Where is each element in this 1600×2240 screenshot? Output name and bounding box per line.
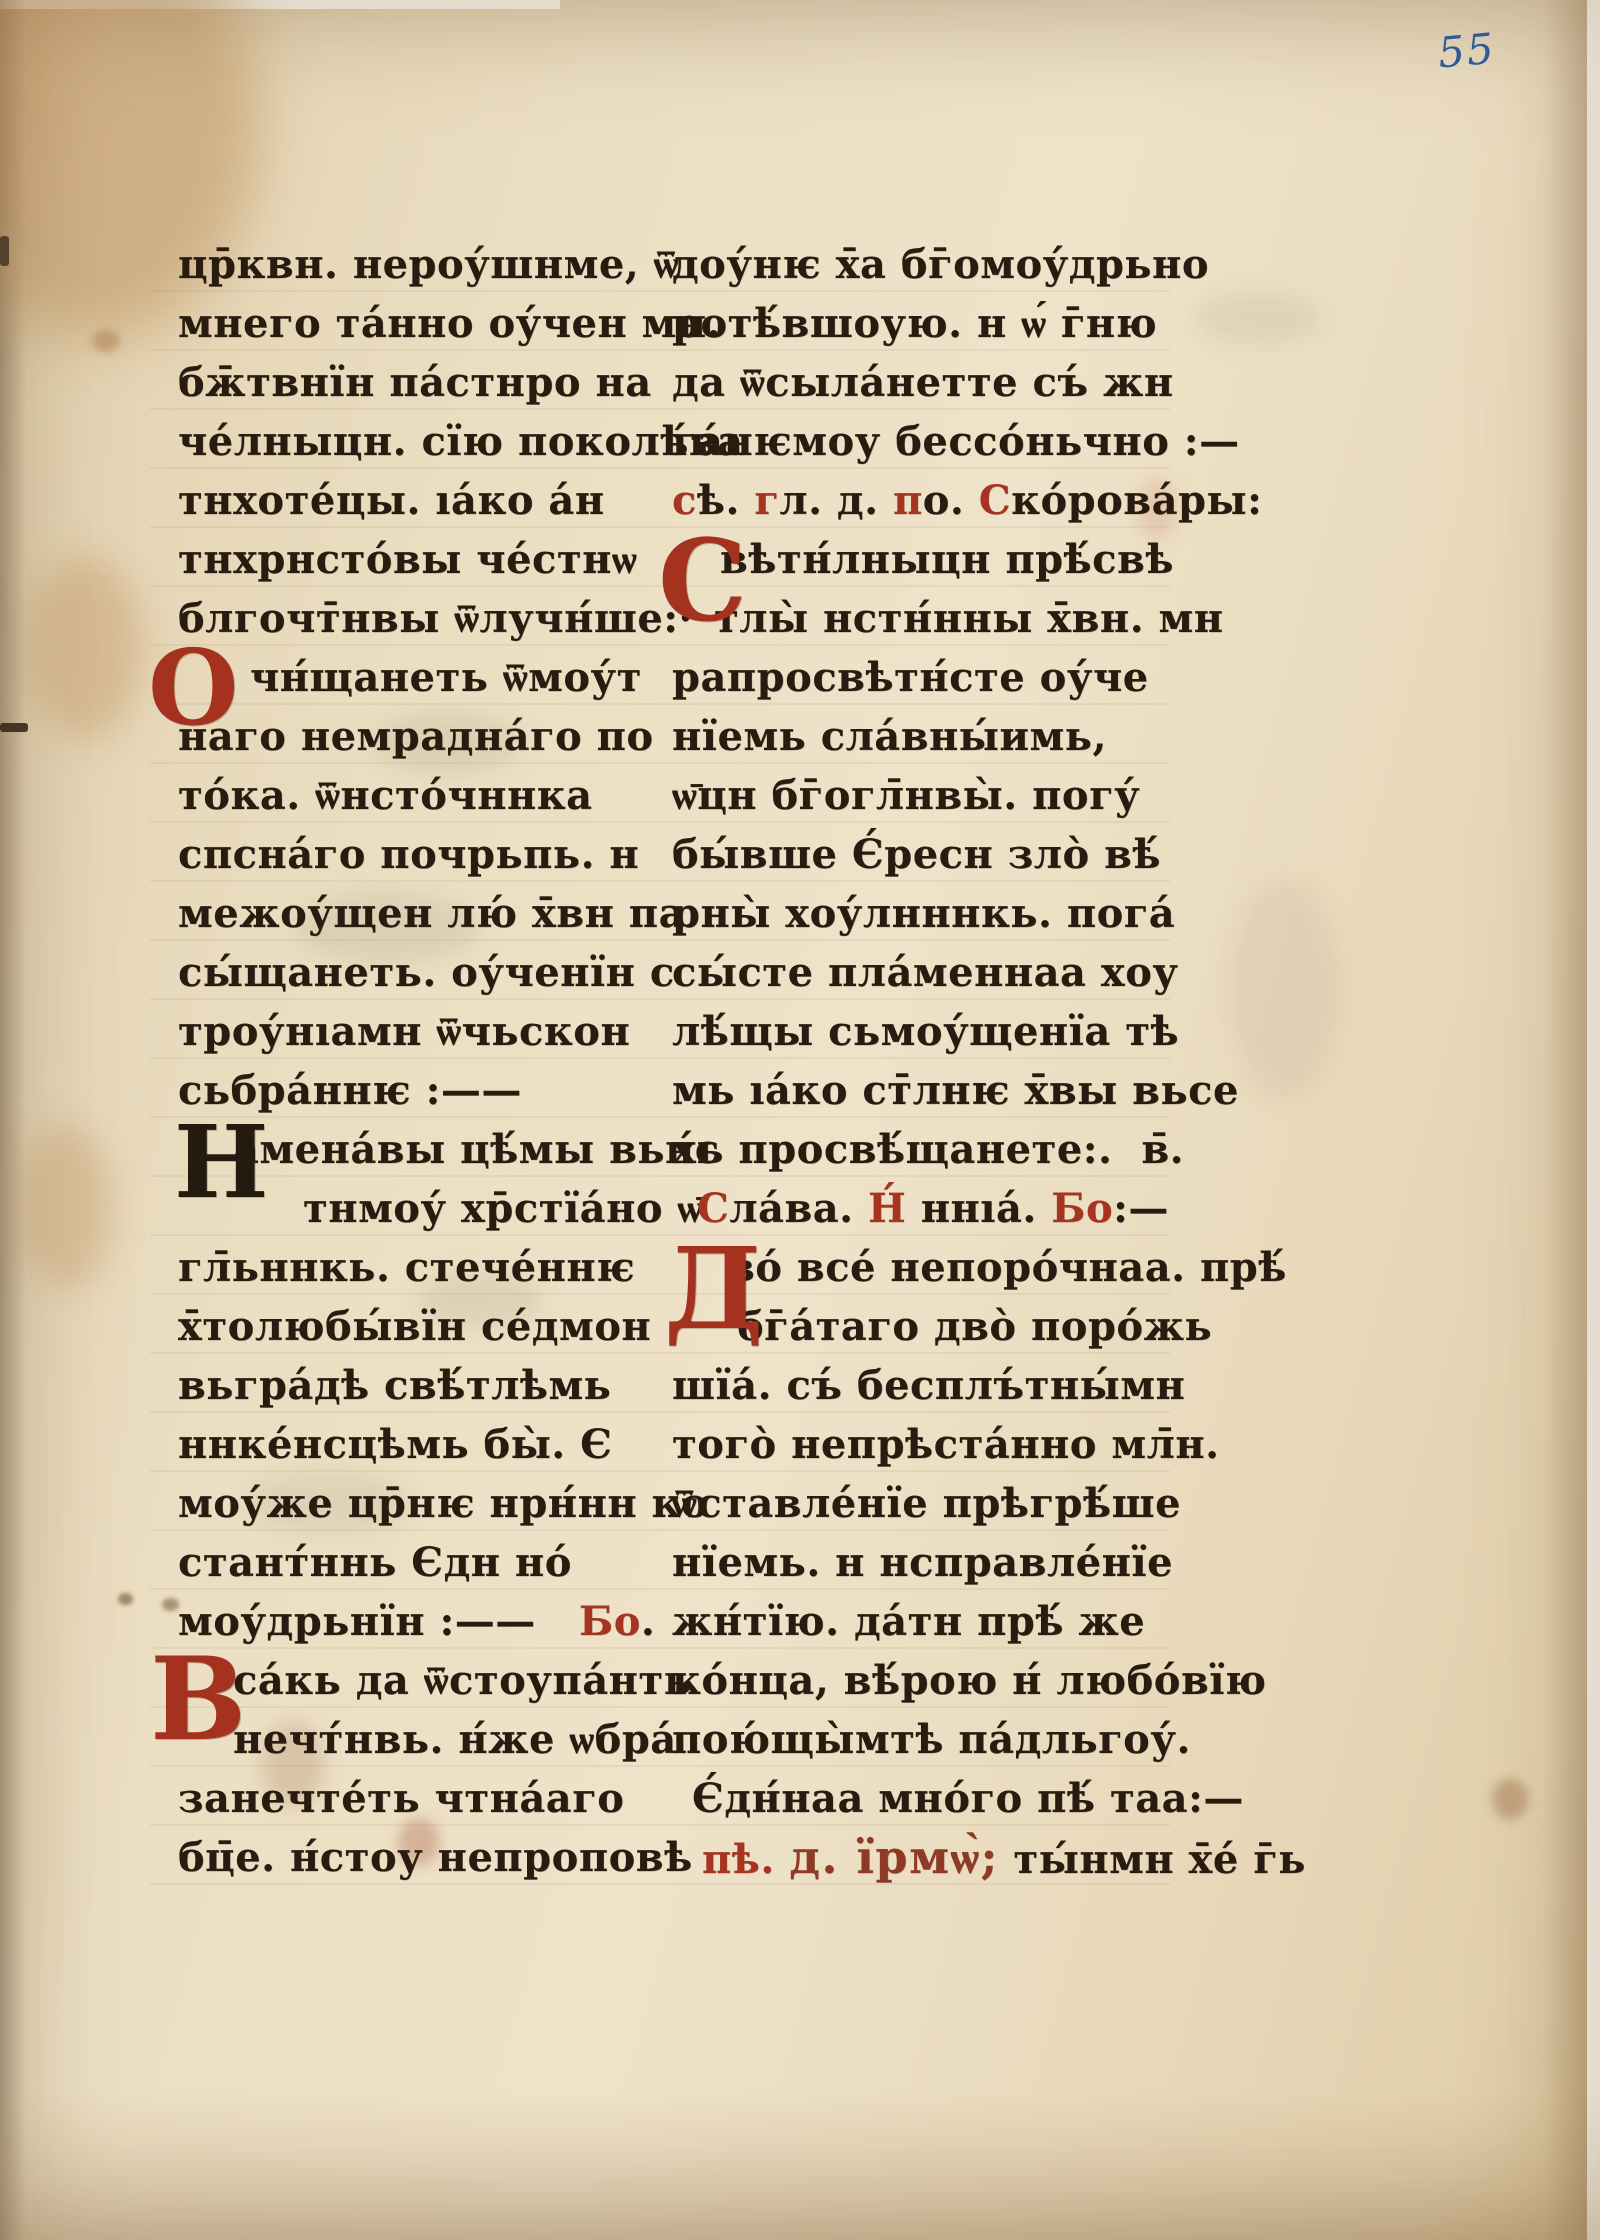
text-line: ко́нца, вѣ́рою н́ любо́вїю	[672, 1651, 1172, 1710]
body-text: то́ка. ѿнсто́чннка	[178, 772, 593, 819]
paper-stain	[1492, 1778, 1528, 1820]
text-line: пѣ. д. їрмѡ̀; ты́нмн х̄е́ г̄ь	[672, 1828, 1172, 1887]
body-text: бж̄твнїн па́стнро на	[178, 359, 652, 406]
illuminated-initial-d: Д	[664, 1234, 764, 1346]
text-line: лѣ́щы сьмоу́щенїа тѣ	[672, 1002, 1172, 1061]
body-text: .	[641, 1598, 655, 1645]
rubric-text: пѣ.	[702, 1836, 789, 1883]
manuscript-page: 55 цр̄квн. нероу́шнме, ѿмнего та́нно оу́…	[0, 0, 1600, 2240]
text-line: пою́щы̀мтѣ па́дльгоу́.	[672, 1710, 1172, 1769]
text-line: вьгра́дѣ свѣ́тлѣмь	[178, 1356, 648, 1415]
body-text: нїемь сла́вны́имь,	[672, 713, 1107, 760]
left-text-column: цр̄квн. нероу́шнме, ѿмнего та́нно оу́чен…	[178, 235, 648, 1887]
body-text: стант́ннь Єдн но́	[178, 1539, 572, 1586]
body-text: шїа́. съ́ бесплъ́тны́мн	[672, 1362, 1185, 1409]
text-line: ннке́нсцѣмь бы̀. Є	[178, 1415, 648, 1474]
body-text: моу́же цр̄нѥ нрн́нн ко	[178, 1480, 708, 1527]
body-text: жн́тїю. да́тн прѣ́ же	[672, 1598, 1145, 1645]
text-line: ротѣ́вшоую. н ѡ́ г̄ню	[672, 294, 1172, 353]
illuminated-initial-s: С	[658, 526, 747, 638]
body-text: мь ıа́ко ст̄лнѥ х̄вы вьсе	[672, 1067, 1239, 1114]
body-text: троу́нıамн ѿчьскон	[178, 1008, 630, 1055]
text-line: Є́дн́наа мно́го пѣ́ таа:—	[672, 1769, 1172, 1828]
paper-stain	[92, 330, 120, 352]
body-text: вѣтн́лныцн прѣ́свѣ	[720, 536, 1174, 583]
text-line: бц̄е. н́стоу непроповѣ	[178, 1828, 648, 1887]
text-line: че́лныцн. сїю поколѣ́ва	[178, 412, 648, 471]
text-line: ѡ̄цн бг̄огл̄нвы̀. погу́	[672, 766, 1172, 825]
body-text: рны̀ хоу́лнннкь. пога́	[672, 890, 1175, 937]
text-line: сы́сте пла́меннаа хоу	[672, 943, 1172, 1002]
body-text: во́ все́ непоро́чнаа. прѣ́	[727, 1244, 1287, 1291]
rubric-text: п	[893, 477, 923, 524]
body-text: бы́вше Є́ресн зло̀ вѣ́	[672, 831, 1161, 878]
body-text: бц̄е. н́стоу непроповѣ	[178, 1834, 693, 1881]
body-text: ѡ̄цн бг̄огл̄нвы̀. погу́	[672, 772, 1140, 819]
page-bottom-shade	[0, 2090, 1600, 2240]
body-text: занечте́ть чтна́аго	[178, 1775, 624, 1822]
text-line: мнего та́нно оу́чен мн.	[178, 294, 648, 353]
body-text: ко́рова́ры:	[1011, 477, 1262, 524]
ink-bleedthrough	[1195, 292, 1320, 344]
body-text: нїемь. н нсправле́нїе	[672, 1539, 1173, 1586]
text-line: межоу́щен лю́ х̄вн па	[178, 884, 648, 943]
rubric-text: Н́	[868, 1185, 906, 1232]
body-text: пою́щы̀мтѣ па́дльгоу́.	[672, 1716, 1191, 1763]
illuminated-initial-o: О	[148, 636, 239, 740]
text-line: га́нѥмоу бессо́ньчно :—	[672, 412, 1172, 471]
text-line: рны̀ хоу́лнннкь. пога́	[672, 884, 1172, 943]
body-text: че́лныцн. сїю поколѣ́ва	[178, 418, 744, 465]
body-text: бг̄а́таго дво̀ поро́жь	[737, 1303, 1212, 1350]
text-line: тнхоте́цы. ıа́ко а́н	[178, 471, 648, 530]
body-text: амена́вы цѣ́мы вьн́с	[233, 1126, 720, 1173]
body-text: ннке́нсцѣмь бы̀. Є	[178, 1421, 612, 1468]
paper-stain	[18, 1125, 113, 1290]
text-line: блгочт̄нвы ѿлучн́ше:·	[178, 589, 648, 648]
body-text: наго немрадна́го по	[178, 713, 654, 760]
text-line: жн́тїю. да́тн прѣ́ же	[672, 1592, 1172, 1651]
body-text: блгочт̄нвы ѿлучн́ше:·	[178, 595, 693, 642]
body-text: ѿставле́нїе прѣгрѣ́ше	[672, 1480, 1181, 1527]
illuminated-initial-n: Н	[174, 1112, 268, 1212]
text-line: гл̄ьннкь. стече́ннѥ	[178, 1238, 648, 1297]
text-line: х̄толюбы́вїн се́дмон	[178, 1297, 648, 1356]
body-text: вьгра́дѣ свѣ́тлѣмь	[178, 1362, 611, 1409]
body-text: спсна́го почрьпь. н	[178, 831, 639, 878]
body-text: рапросвѣтн́сте оу́че	[672, 654, 1149, 701]
text-line: сѣ. гл. д. по. Ско́рова́ры:	[672, 471, 1172, 530]
body-text: га́нѥмоу бессо́ньчно :—	[672, 418, 1240, 465]
body-text: цр̄квн. нероу́шнме, ѿ	[178, 241, 679, 288]
page-top-edge	[0, 0, 560, 9]
rubric-text: Бо	[1051, 1185, 1113, 1232]
text-line: цр̄квн. нероу́шнме, ѿ	[178, 235, 648, 294]
paper-stain	[118, 1593, 133, 1605]
body-text: сы́сте пла́меннаа хоу	[672, 949, 1179, 996]
right-text-column: доу́нѥ х̄а бг̄омоу́дрьноротѣ́вшоую. н ѡ́…	[672, 235, 1172, 1887]
binding-shadow	[0, 0, 26, 2240]
text-line: хь просвѣ́щанете:. в̄.	[672, 1120, 1172, 1179]
body-text: чн́щанеть ѿмоу́т	[250, 654, 642, 701]
body-text: тлы̀ нстн́нны х̄вн. мн	[714, 595, 1224, 642]
body-text: тнхоте́цы. ıа́ко а́н	[178, 477, 605, 524]
text-line: того̀ непрѣста́нно мл̄н.	[672, 1415, 1172, 1474]
body-text: са́кь да ѿстоупа́нть	[233, 1657, 691, 1704]
body-text: ротѣ́вшоую. н ѡ́ г̄ню	[672, 300, 1157, 347]
text-line: нїемь. н нсправле́нїе	[672, 1533, 1172, 1592]
paper-stain	[28, 555, 143, 740]
body-text: мнего та́нно оу́чен мн.	[178, 300, 721, 347]
page-right-edge	[1587, 0, 1600, 2240]
text-line: мь ıа́ко ст̄лнѥ х̄вы вьсе	[672, 1061, 1172, 1120]
text-line: нечт́нвь. н́же ѡбра́	[178, 1710, 648, 1769]
body-text: хь просвѣ́щанете:. в̄.	[672, 1126, 1184, 1173]
body-text: х̄толюбы́вїн се́дмон	[178, 1303, 651, 1350]
text-line: да ѿсыла́нетте съ́ жн	[672, 353, 1172, 412]
text-line: рапросвѣтн́сте оу́че	[672, 648, 1172, 707]
body-text: межоу́щен лю́ х̄вн па	[178, 890, 685, 937]
text-line: занечте́ть чтна́аго	[178, 1769, 648, 1828]
body-text: да ѿсыла́нетте съ́ жн	[672, 359, 1174, 406]
text-line: шїа́. съ́ бесплъ́тны́мн	[672, 1356, 1172, 1415]
text-line: бы́вше Є́ресн зло̀ вѣ́	[672, 825, 1172, 884]
text-line: нїемь сла́вны́имь,	[672, 707, 1172, 766]
ink-mark	[0, 723, 28, 732]
body-text: :—	[1113, 1185, 1169, 1232]
text-line: ѿставле́нїе прѣгрѣ́ше	[672, 1474, 1172, 1533]
text-line: сы́щанеть. оу́ченїн с	[178, 943, 648, 1002]
rubric-text: г	[754, 477, 779, 524]
body-text: Є́дн́наа мно́го пѣ́ таа:—	[692, 1775, 1244, 1822]
body-text: тнмоу́ хр̄стїа́но ѡ̄	[303, 1185, 703, 1232]
text-line: чн́щанеть ѿмоу́т	[178, 648, 648, 707]
ink-mark	[0, 236, 9, 266]
body-text: ннıа́.	[906, 1185, 1051, 1232]
text-line: спсна́го почрьпь. н	[178, 825, 648, 884]
rubric-text: Бо	[579, 1598, 641, 1645]
text-line: са́кь да ѿстоупа́нть	[178, 1651, 648, 1710]
body-text: нечт́нвь. н́же ѡбра́	[233, 1716, 677, 1763]
body-text: ты́нмн х̄е́ г̄ь	[999, 1836, 1306, 1883]
ink-bleedthrough	[1230, 880, 1340, 1100]
text-line: тнхрнсто́вы че́стнѡ	[178, 530, 648, 589]
page-right-edge-shadow	[1543, 0, 1587, 2240]
body-text: о.	[923, 477, 979, 524]
text-line: стант́ннь Єдн но́	[178, 1533, 648, 1592]
rubric-text: д. їрмѡ̀;	[789, 1830, 999, 1884]
text-line: моу́дрьнїн :—— Бо.	[178, 1592, 648, 1651]
body-text: тнхрнсто́вы че́стнѡ	[178, 536, 637, 583]
body-text: л. д.	[779, 477, 893, 524]
text-line: троу́нıамн ѿчьскон	[178, 1002, 648, 1061]
body-text: ко́нца, вѣ́рою н́ любо́вїю	[672, 1657, 1266, 1704]
body-text: того̀ непрѣста́нно мл̄н.	[672, 1421, 1220, 1468]
text-line: наго немрадна́го по	[178, 707, 648, 766]
rubric-text: С	[979, 477, 1011, 524]
text-line: то́ка. ѿнсто́чннка	[178, 766, 648, 825]
text-line: бж̄твнїн па́стнро на	[178, 353, 648, 412]
text-line: моу́же цр̄нѥ нрн́нн ко	[178, 1474, 648, 1533]
body-text: лѣ́щы сьмоу́щенїа тѣ	[672, 1008, 1179, 1055]
body-text: сы́щанеть. оу́ченїн с	[178, 949, 675, 996]
body-text: гл̄ьннкь. стече́ннѥ	[178, 1244, 635, 1291]
body-text: доу́нѥ х̄а бг̄омоу́дрьно	[672, 241, 1209, 288]
illuminated-initial-v: В	[150, 1642, 246, 1756]
folio-number: 55	[1436, 24, 1498, 78]
text-line: доу́нѥ х̄а бг̄омоу́дрьно	[672, 235, 1172, 294]
